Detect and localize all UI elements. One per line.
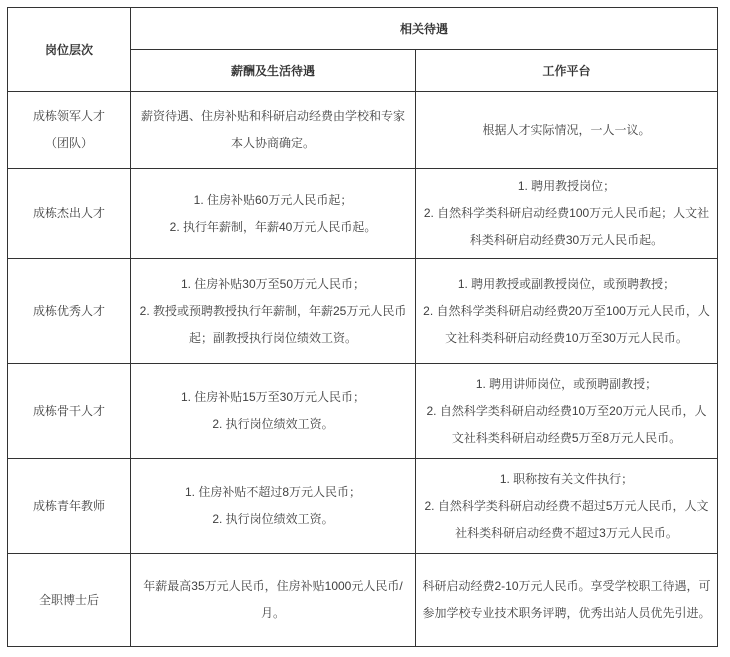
salary-benefit-item: 2. 执行年薪制，年薪40万元人民币起。: [137, 214, 409, 241]
work-platform-item: 科研启动经费2-10万元人民币。享受学校职工待遇，可参加学校专业技术职务评聘，优…: [422, 573, 711, 627]
cell-position-level: 成栋青年教师: [8, 459, 131, 554]
cell-salary-benefits: 年薪最高35万元人民币，住房补贴1000元人民币/月。: [131, 554, 416, 647]
cell-salary-benefits: 薪资待遇、住房补贴和科研启动经费由学校和专家本人协商确定。: [131, 92, 416, 169]
cell-work-platform: 1. 职称按有关文件执行；2. 自然科学类科研启动经费不超过5万元人民币，人文社…: [416, 459, 718, 554]
salary-benefit-item: 2. 执行岗位绩效工资。: [137, 411, 409, 438]
table-row: 全职博士后年薪最高35万元人民币，住房补贴1000元人民币/月。科研启动经费2-…: [8, 554, 718, 647]
work-platform-item: 1. 聘用教授岗位；: [422, 173, 711, 200]
header-related-benefits: 相关待遇: [131, 8, 718, 50]
work-platform-item: 2. 自然科学类科研启动经费不超过5万元人民币，人文社科类科研启动经费不超过3万…: [422, 493, 711, 547]
salary-benefit-item: 薪资待遇、住房补贴和科研启动经费由学校和专家本人协商确定。: [137, 103, 409, 157]
work-platform-item: 1. 职称按有关文件执行；: [422, 466, 711, 493]
header-row-top: 岗位层次 相关待遇: [8, 8, 718, 50]
cell-salary-benefits: 1. 住房补贴不超过8万元人民币；2. 执行岗位绩效工资。: [131, 459, 416, 554]
salary-benefit-item: 2. 执行岗位绩效工资。: [137, 506, 409, 533]
table-row: 成栋骨干人才1. 住房补贴15万至30万元人民币；2. 执行岗位绩效工资。1. …: [8, 364, 718, 459]
table-header: 岗位层次 相关待遇 薪酬及生活待遇 工作平台: [8, 8, 718, 92]
header-work-platform: 工作平台: [416, 50, 718, 92]
salary-benefit-item: 年薪最高35万元人民币，住房补贴1000元人民币/月。: [137, 573, 409, 627]
work-platform-item: 1. 聘用教授或副教授岗位，或预聘教授；: [422, 271, 711, 298]
table-body: 成栋领军人才（团队）薪资待遇、住房补贴和科研启动经费由学校和专家本人协商确定。根…: [8, 92, 718, 647]
salary-benefit-item: 1. 住房补贴60万元人民币起；: [137, 187, 409, 214]
cell-position-level: 成栋优秀人才: [8, 259, 131, 364]
cell-position-level: 成栋骨干人才: [8, 364, 131, 459]
header-salary-benefits: 薪酬及生活待遇: [131, 50, 416, 92]
cell-salary-benefits: 1. 住房补贴30万至50万元人民币；2. 教授或预聘教授执行年薪制，年薪25万…: [131, 259, 416, 364]
cell-salary-benefits: 1. 住房补贴15万至30万元人民币；2. 执行岗位绩效工资。: [131, 364, 416, 459]
table-row: 成栋优秀人才1. 住房补贴30万至50万元人民币；2. 教授或预聘教授执行年薪制…: [8, 259, 718, 364]
position-level-text: 成栋青年教师: [14, 493, 124, 520]
cell-position-level: 全职博士后: [8, 554, 131, 647]
work-platform-item: 2. 自然科学类科研启动经费10万至20万元人民币，人文社科类科研启动经费5万至…: [422, 398, 711, 452]
cell-position-level: 成栋领军人才（团队）: [8, 92, 131, 169]
table-row: 成栋杰出人才1. 住房补贴60万元人民币起；2. 执行年薪制，年薪40万元人民币…: [8, 169, 718, 259]
cell-position-level: 成栋杰出人才: [8, 169, 131, 259]
position-level-text: （团队）: [14, 130, 124, 157]
position-level-text: 成栋领军人才: [14, 103, 124, 130]
work-platform-item: 2. 自然科学类科研启动经费100万元人民币起；人文社科类科研启动经费30万元人…: [422, 200, 711, 254]
cell-work-platform: 根据人才实际情况，一人一议。: [416, 92, 718, 169]
work-platform-item: 根据人才实际情况，一人一议。: [422, 117, 711, 144]
work-platform-item: 2. 自然科学类科研启动经费20万至100万元人民币，人文社科类科研启动经费10…: [422, 298, 711, 352]
work-platform-item: 1. 聘用讲师岗位，或预聘副教授；: [422, 371, 711, 398]
table-row: 成栋青年教师1. 住房补贴不超过8万元人民币；2. 执行岗位绩效工资。1. 职称…: [8, 459, 718, 554]
position-level-text: 成栋杰出人才: [14, 200, 124, 227]
cell-work-platform: 1. 聘用教授或副教授岗位，或预聘教授；2. 自然科学类科研启动经费20万至10…: [416, 259, 718, 364]
salary-benefit-item: 1. 住房补贴30万至50万元人民币；: [137, 271, 409, 298]
cell-salary-benefits: 1. 住房补贴60万元人民币起；2. 执行年薪制，年薪40万元人民币起。: [131, 169, 416, 259]
benefits-table: 岗位层次 相关待遇 薪酬及生活待遇 工作平台 成栋领军人才（团队）薪资待遇、住房…: [7, 7, 718, 647]
header-position-level: 岗位层次: [8, 8, 131, 92]
cell-work-platform: 1. 聘用教授岗位；2. 自然科学类科研启动经费100万元人民币起；人文社科类科…: [416, 169, 718, 259]
salary-benefit-item: 1. 住房补贴不超过8万元人民币；: [137, 479, 409, 506]
page: 岗位层次 相关待遇 薪酬及生活待遇 工作平台 成栋领军人才（团队）薪资待遇、住房…: [0, 0, 730, 657]
cell-work-platform: 科研启动经费2-10万元人民币。享受学校职工待遇，可参加学校专业技术职务评聘，优…: [416, 554, 718, 647]
table-row: 成栋领军人才（团队）薪资待遇、住房补贴和科研启动经费由学校和专家本人协商确定。根…: [8, 92, 718, 169]
position-level-text: 全职博士后: [14, 587, 124, 614]
position-level-text: 成栋优秀人才: [14, 298, 124, 325]
salary-benefit-item: 2. 教授或预聘教授执行年薪制，年薪25万元人民币起；副教授执行岗位绩效工资。: [137, 298, 409, 352]
cell-work-platform: 1. 聘用讲师岗位，或预聘副教授；2. 自然科学类科研启动经费10万至20万元人…: [416, 364, 718, 459]
position-level-text: 成栋骨干人才: [14, 398, 124, 425]
salary-benefit-item: 1. 住房补贴15万至30万元人民币；: [137, 384, 409, 411]
